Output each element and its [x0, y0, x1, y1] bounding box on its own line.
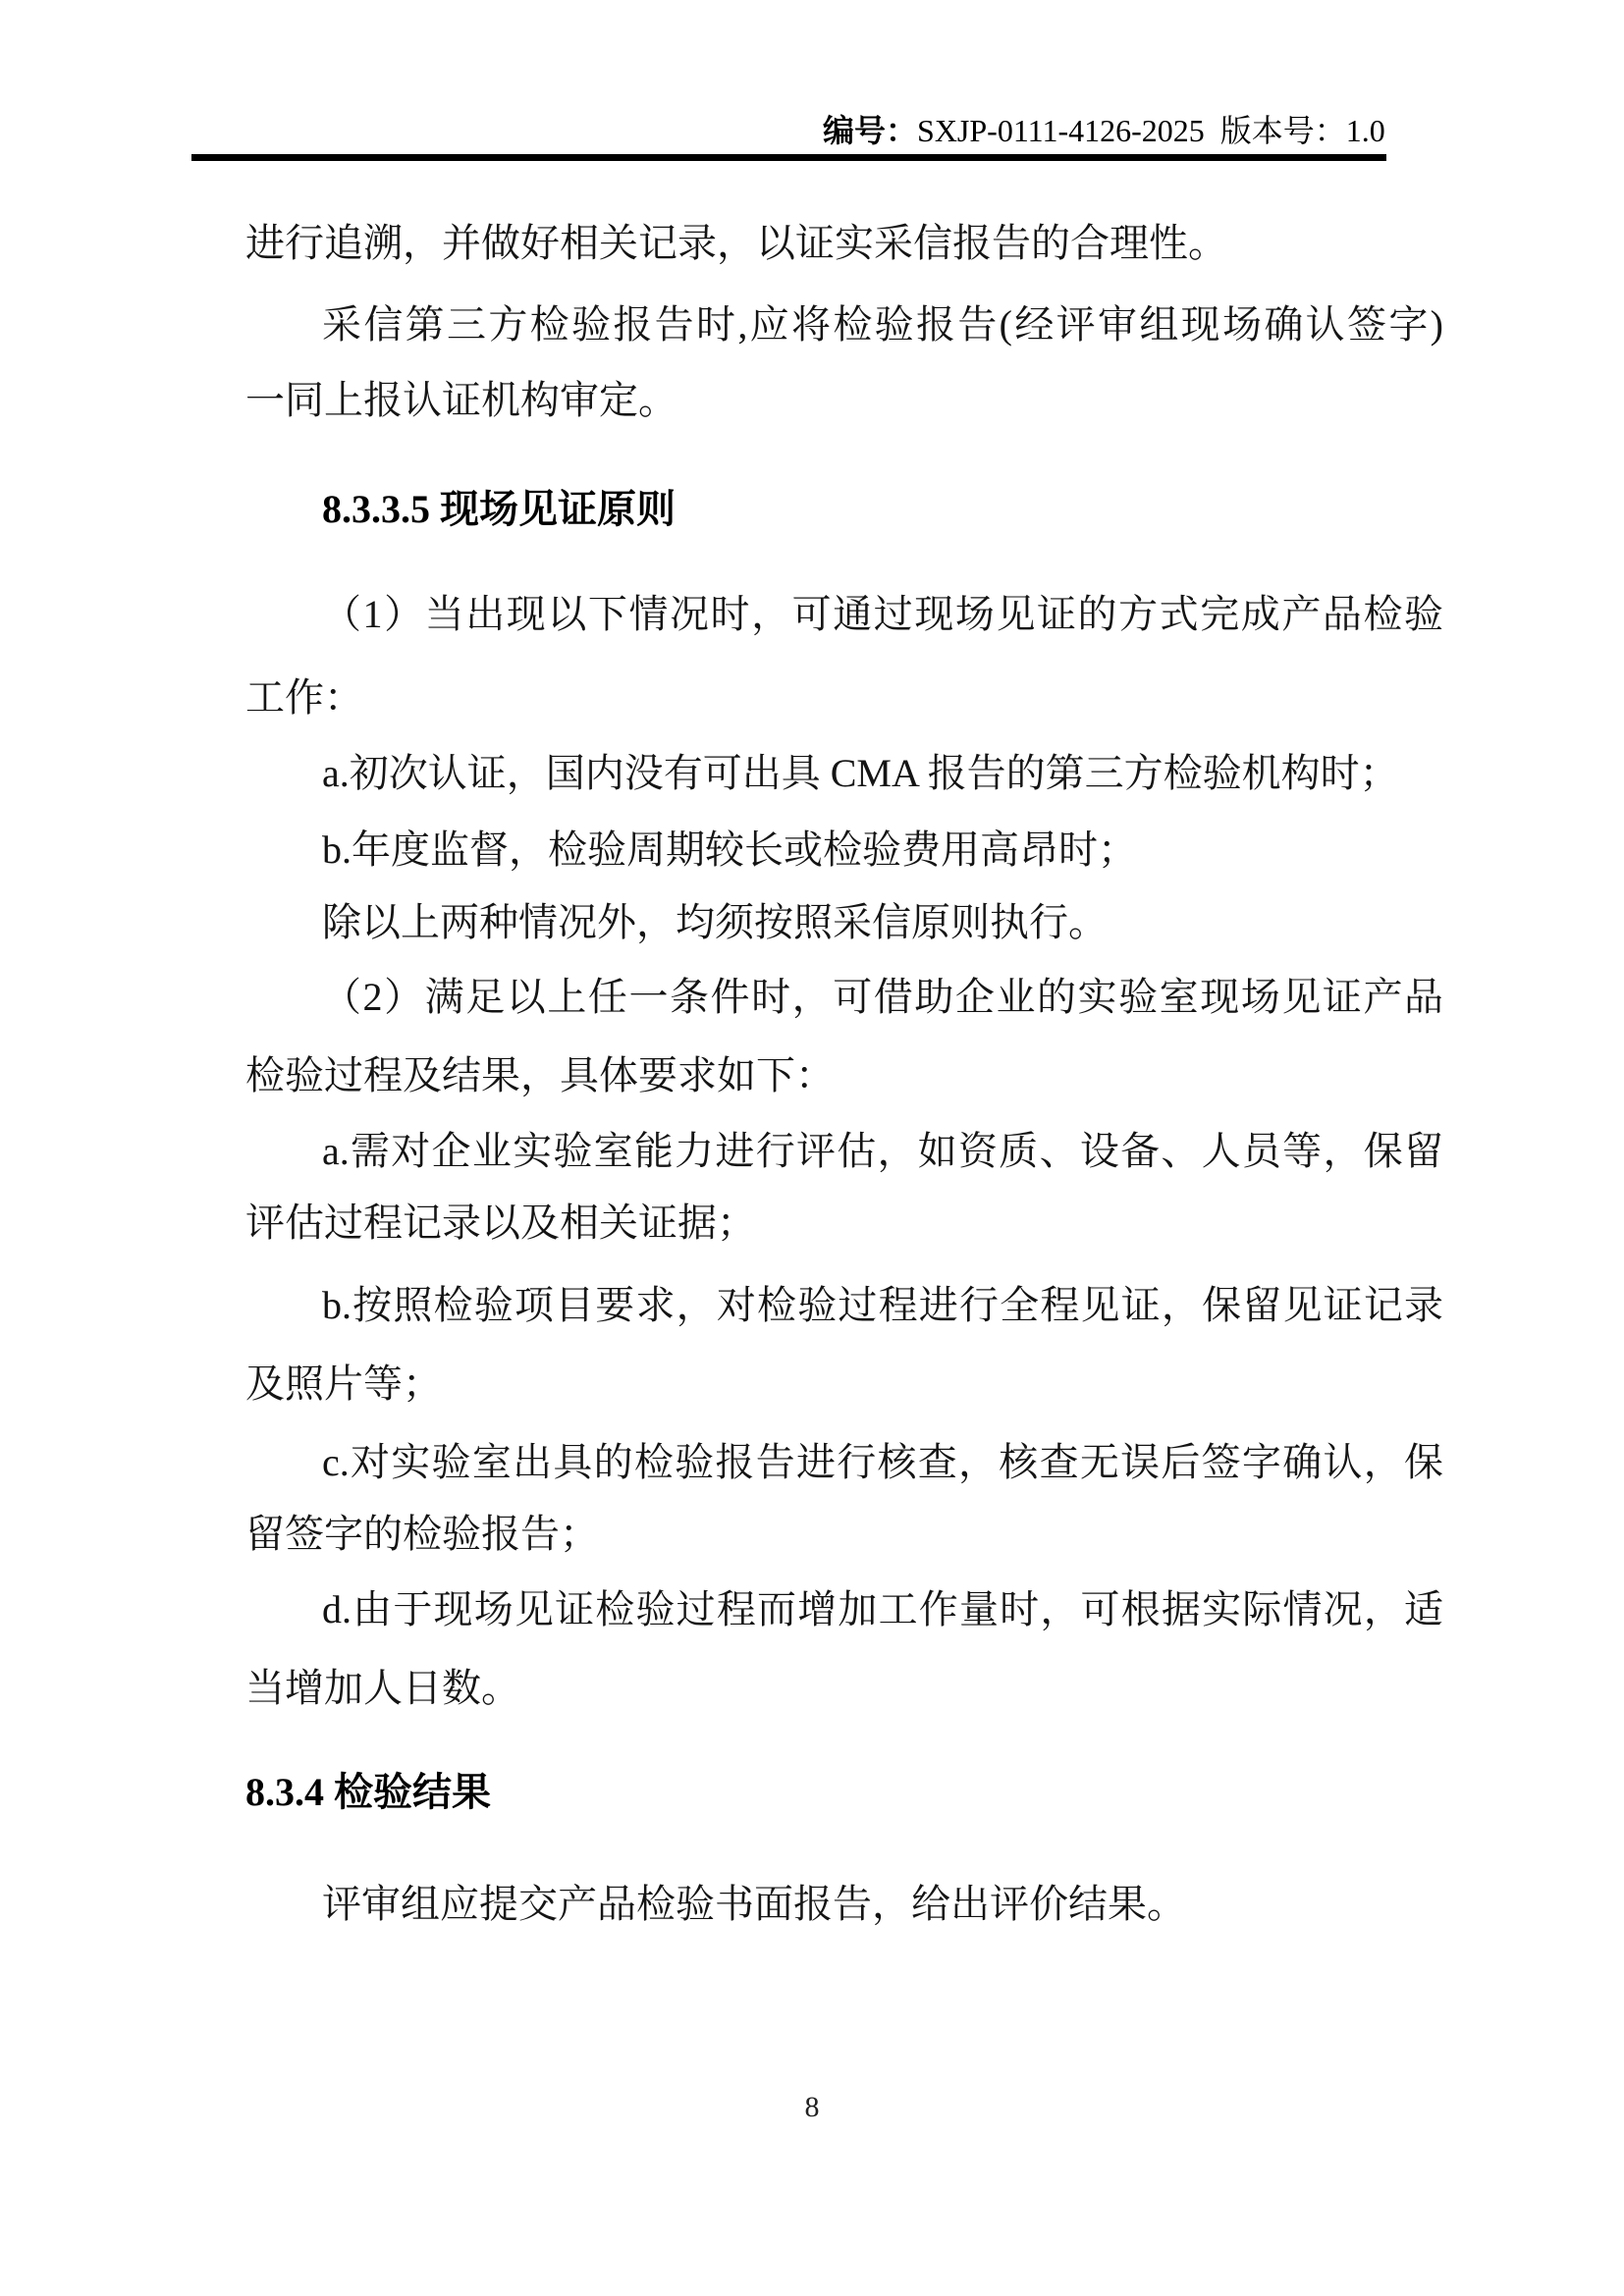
page-number: 8 — [0, 2091, 1624, 2124]
doc-number-value: SXJP-0111-4126-2025 — [917, 113, 1205, 148]
section-heading-8-3-3-5: 8.3.3.5 现场见证原则 — [322, 487, 676, 532]
page-header: 编号：SXJP-0111-4126-2025 版本号：1.0 — [823, 112, 1382, 149]
version-label: 版本号： — [1220, 113, 1346, 148]
doc-number-label: 编号： — [823, 113, 917, 148]
body-line: 留签字的检验报告； — [245, 1512, 599, 1557]
body-line: 评估过程记录以及相关证据； — [245, 1201, 756, 1246]
list-item-b: b.年度监督，检验周期较长或检验费用高昂时； — [322, 828, 1137, 873]
body-line: 一同上报认证机构审定。 — [245, 378, 677, 423]
body-line: 评审组应提交产品检验书面报告，给出评价结果。 — [322, 1882, 1186, 1927]
version-value: 1.0 — [1346, 113, 1385, 148]
body-line: （2）满足以上任一条件时，可借助企业的实验室现场见证产品 — [322, 975, 1443, 1020]
body-line: 当增加人日数。 — [245, 1666, 520, 1711]
body-line: （1）当出现以下情况时，可通过现场见证的方式完成产品检验 — [322, 592, 1443, 637]
header-divider-line — [191, 154, 1386, 161]
body-line: 除以上两种情况外，均须按照采信原则执行。 — [322, 900, 1108, 945]
list-item-b: b.按照检验项目要求，对检验过程进行全程见证，保留见证记录 — [322, 1283, 1443, 1328]
list-item-c: c.对实验室出具的检验报告进行核查，核查无误后签字确认，保 — [322, 1440, 1443, 1485]
body-line: 采信第三方检验报告时,应将检验报告(经评审组现场确认签字) — [322, 302, 1443, 347]
list-item-a: a.需对企业实验室能力进行评估，如资质、设备、人员等，保留 — [322, 1129, 1443, 1174]
header-spacer — [1205, 113, 1220, 148]
section-heading-8-3-4: 8.3.4 检验结果 — [245, 1770, 491, 1815]
body-line: 检验过程及结果，具体要求如下： — [245, 1053, 835, 1098]
list-item-d: d.由于现场见证检验过程而增加工作量时，可根据实际情况，适 — [322, 1587, 1443, 1632]
body-line: 工作： — [245, 675, 363, 721]
body-line: 及照片等； — [245, 1362, 442, 1407]
list-item-a: a.初次认证，国内没有可出具 CMA 报告的第三方检验机构时； — [322, 751, 1399, 796]
document-page: 编号：SXJP-0111-4126-2025 版本号：1.0 进行追溯，并做好相… — [0, 0, 1624, 2296]
body-line: 进行追溯，并做好相关记录，以证实采信报告的合理性。 — [245, 221, 1227, 266]
